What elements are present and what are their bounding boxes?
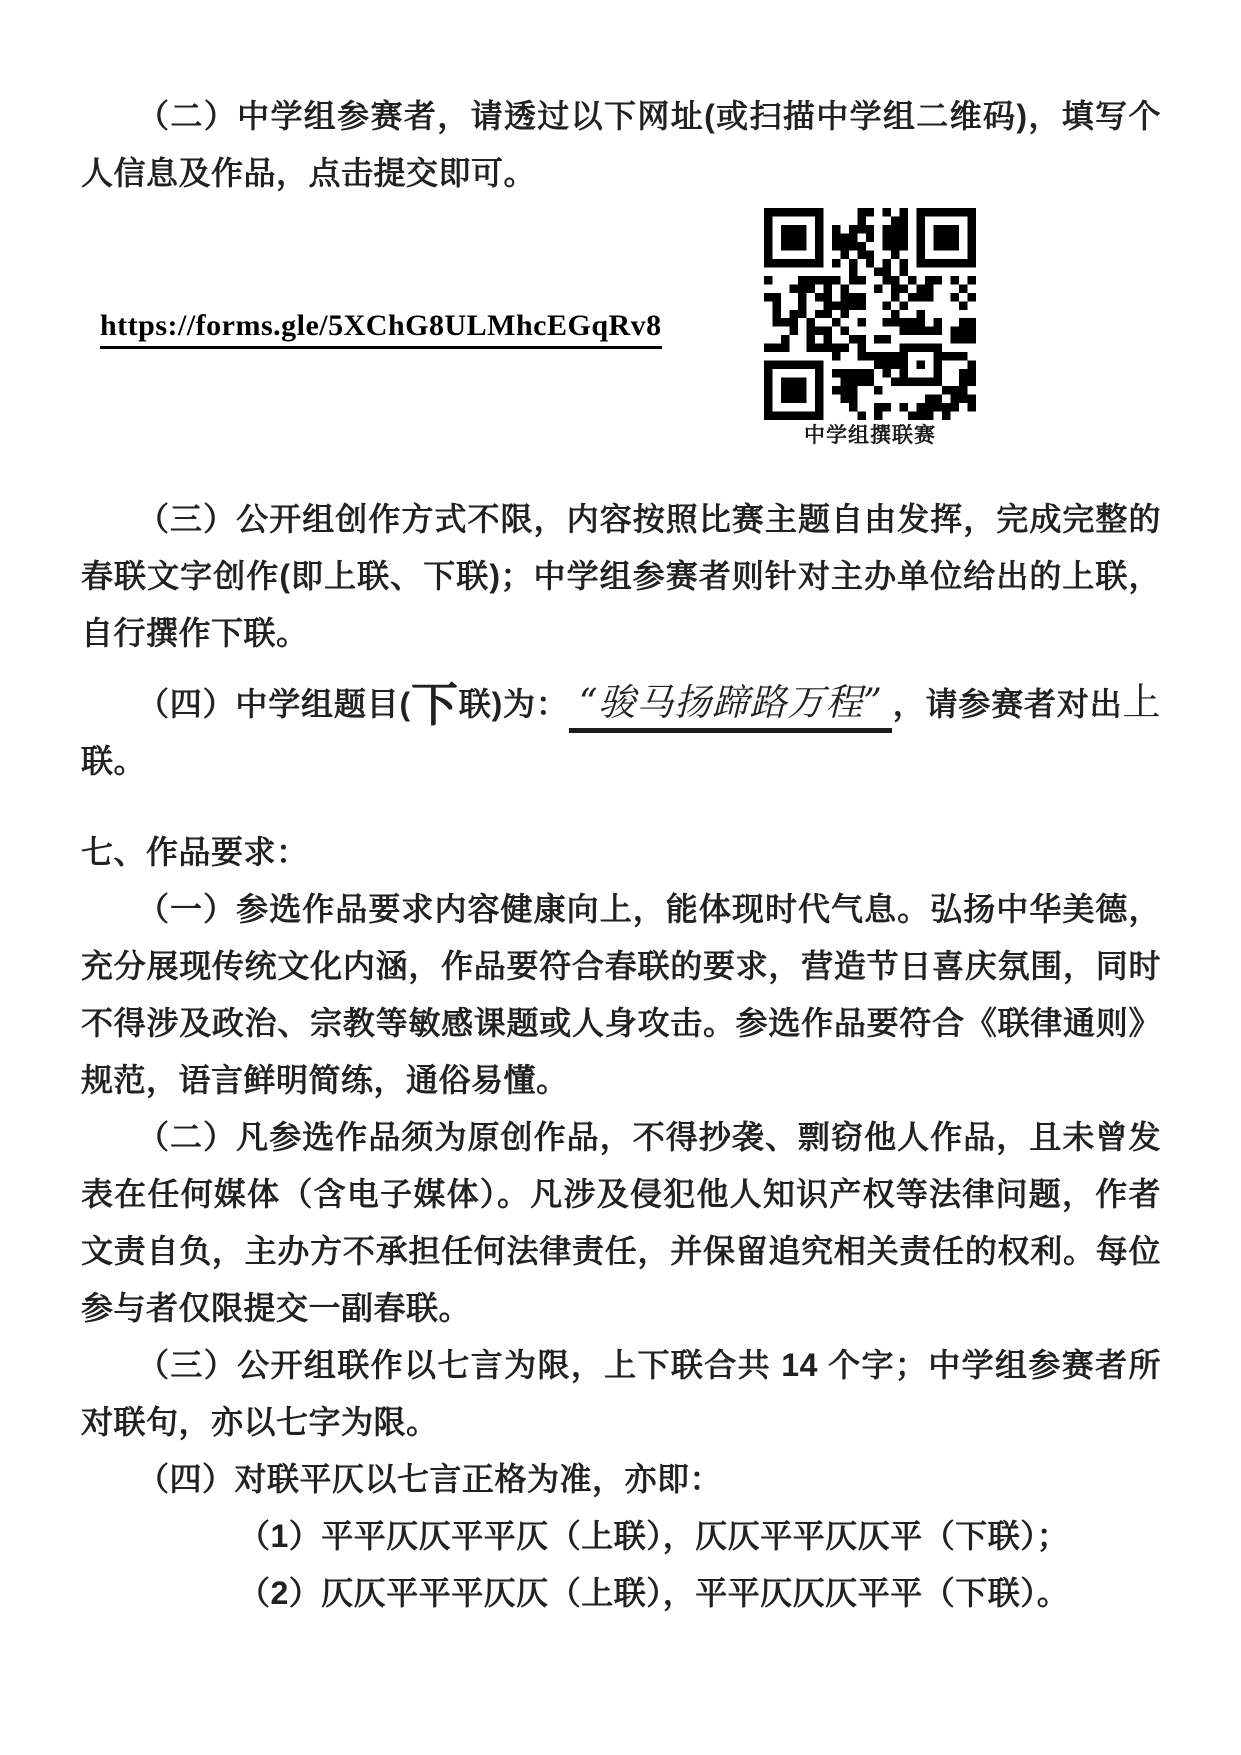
para-section6-item4: （四）中学组题目(下联)为：“骏马扬蹄路万程”，请参赛者对出上联。 [81, 676, 1161, 790]
para-section7-sub1: （1）平平仄仄平平仄（上联），仄仄平平仄仄平（下联）； [81, 1508, 1161, 1565]
qr-code-image [764, 208, 976, 420]
document-page: （二）中学组参赛者，请透过以下网址(或扫描中学组二维码)，填写个人信息及作品，点… [0, 0, 1241, 1755]
form-url-wrap: https://forms.gle/5XChG8ULMhcEGqRv8 [81, 309, 764, 349]
item4-part1: （四）中学组题目( [137, 686, 411, 722]
item4-part2: 联)为： [459, 686, 569, 722]
item4-big-char: 下 [411, 678, 459, 731]
para-section7-item1: （一）参选作品要求内容健康向上，能体现时代气息。弘扬中华美德，充分展现传统文化内… [81, 881, 1161, 1109]
couplet-prompt-text: “骏马扬蹄路万程” [569, 681, 893, 733]
para-section6-item3: （三）公开组创作方式不限，内容按照比赛主题自由发挥，完成完整的春联文字创作(即上… [81, 491, 1161, 662]
para-section6-item2: （二）中学组参赛者，请透过以下网址(或扫描中学组二维码)，填写个人信息及作品，点… [81, 88, 1161, 202]
para-section7-item3: （三）公开组联作以七言为限，上下联合共 14 个字；中学组参赛者所对联句，亦以七… [81, 1337, 1161, 1451]
qr-block: 中学组撰联赛 [764, 208, 976, 449]
qr-caption: 中学组撰联赛 [764, 423, 976, 449]
item4-serif-char: 上 [1122, 680, 1161, 724]
url-qr-row: https://forms.gle/5XChG8ULMhcEGqRv8 中学组撰… [81, 208, 1161, 449]
section7-heading: 七、作品要求： [81, 824, 1161, 881]
item4-part4: 联。 [81, 743, 146, 779]
para-section7-item4: （四）对联平仄以七言正格为准，亦即： [81, 1451, 1161, 1508]
item4-part3: ，请参赛者对出 [892, 686, 1122, 722]
para-section7-item2: （二）凡参选作品须为原创作品，不得抄袭、剽窃他人作品，且未曾发表在任何媒体（含电… [81, 1109, 1161, 1337]
form-url-link[interactable]: https://forms.gle/5XChG8ULMhcEGqRv8 [100, 309, 662, 349]
para-section7-sub2: （2）仄仄平平平仄仄（上联），平平仄仄仄平平（下联）。 [81, 1565, 1161, 1622]
